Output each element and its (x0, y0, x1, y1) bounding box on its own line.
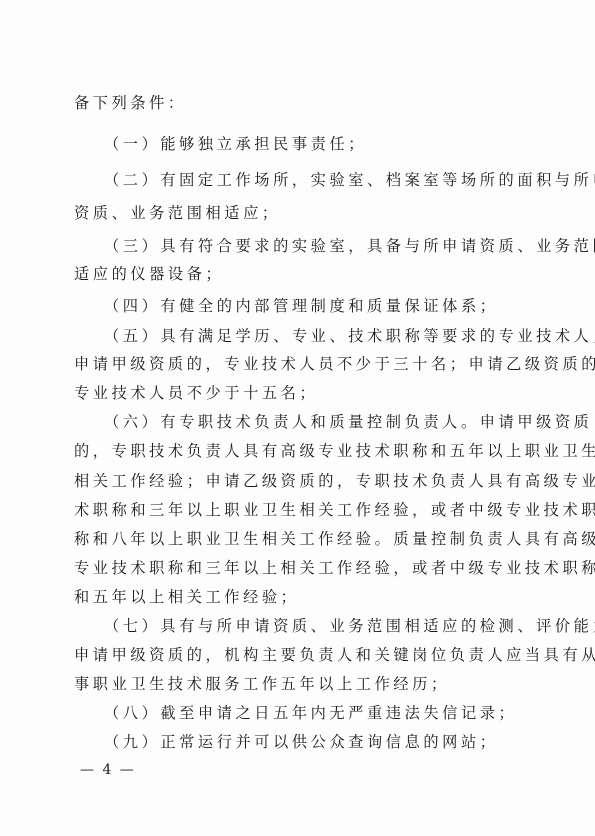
condition-item-3: （三）具有符合要求的实验室，具备与所申请资质、业务范围相 (104, 236, 534, 256)
text-line-continuation: 备下列条件： (74, 93, 534, 113)
condition-item-6-cont-5: 专业技术职称和三年以上相关工作经验，或者中级专业技术职称 (74, 558, 534, 578)
page-number: — 4 — (80, 762, 136, 778)
condition-item-7: （七）具有与所申请资质、业务范围相适应的检测、评价能力。 (104, 616, 534, 636)
document-page: 备下列条件： （一）能够独立承担民事责任； （二）有固定工作场所，实验室、档案室… (0, 0, 595, 836)
condition-item-6-cont-6: 和五年以上相关工作经验； (74, 587, 534, 607)
condition-item-6-cont-4: 称和八年以上职业卫生相关工作经验。质量控制负责人具有高级 (74, 529, 534, 549)
condition-item-4: （四）有健全的内部管理制度和质量保证体系； (104, 296, 534, 316)
condition-item-1: （一）能够独立承担民事责任； (104, 134, 534, 154)
condition-item-5-cont-2: 专业技术人员不少于十五名； (74, 383, 534, 403)
condition-item-2-cont: 资质、业务范围相适应； (74, 203, 534, 223)
condition-item-7-cont-1: 申请甲级资质的，机构主要负责人和关键岗位负责人应当具有从 (74, 645, 534, 665)
condition-item-7-cont-2: 事职业卫生技术服务工作五年以上工作经历； (74, 674, 534, 694)
condition-item-6-cont-2: 相关工作经验；申请乙级资质的，专职技术负责人具有高级专业技 (74, 471, 534, 491)
condition-item-6: （六）有专职技术负责人和质量控制负责人。申请甲级资质 (104, 412, 534, 432)
condition-item-8: （八）截至申请之日五年内无严重违法失信记录； (104, 703, 534, 723)
condition-item-6-cont-1: 的，专职技术负责人具有高级专业技术职称和五年以上职业卫生 (74, 441, 534, 461)
condition-item-5-cont-1: 申请甲级资质的，专业技术人员不少于三十名；申请乙级资质的， (74, 354, 534, 374)
condition-item-3-cont: 适应的仪器设备； (74, 264, 534, 284)
condition-item-2: （二）有固定工作场所，实验室、档案室等场所的面积与所申请 (104, 170, 534, 190)
condition-item-6-cont-3: 术职称和三年以上职业卫生相关工作经验，或者中级专业技术职 (74, 500, 534, 520)
condition-item-5: （五）具有满足学历、专业、技术职称等要求的专业技术人员。 (104, 326, 534, 346)
condition-item-9: （九）正常运行并可以供公众查询信息的网站； (104, 732, 534, 752)
